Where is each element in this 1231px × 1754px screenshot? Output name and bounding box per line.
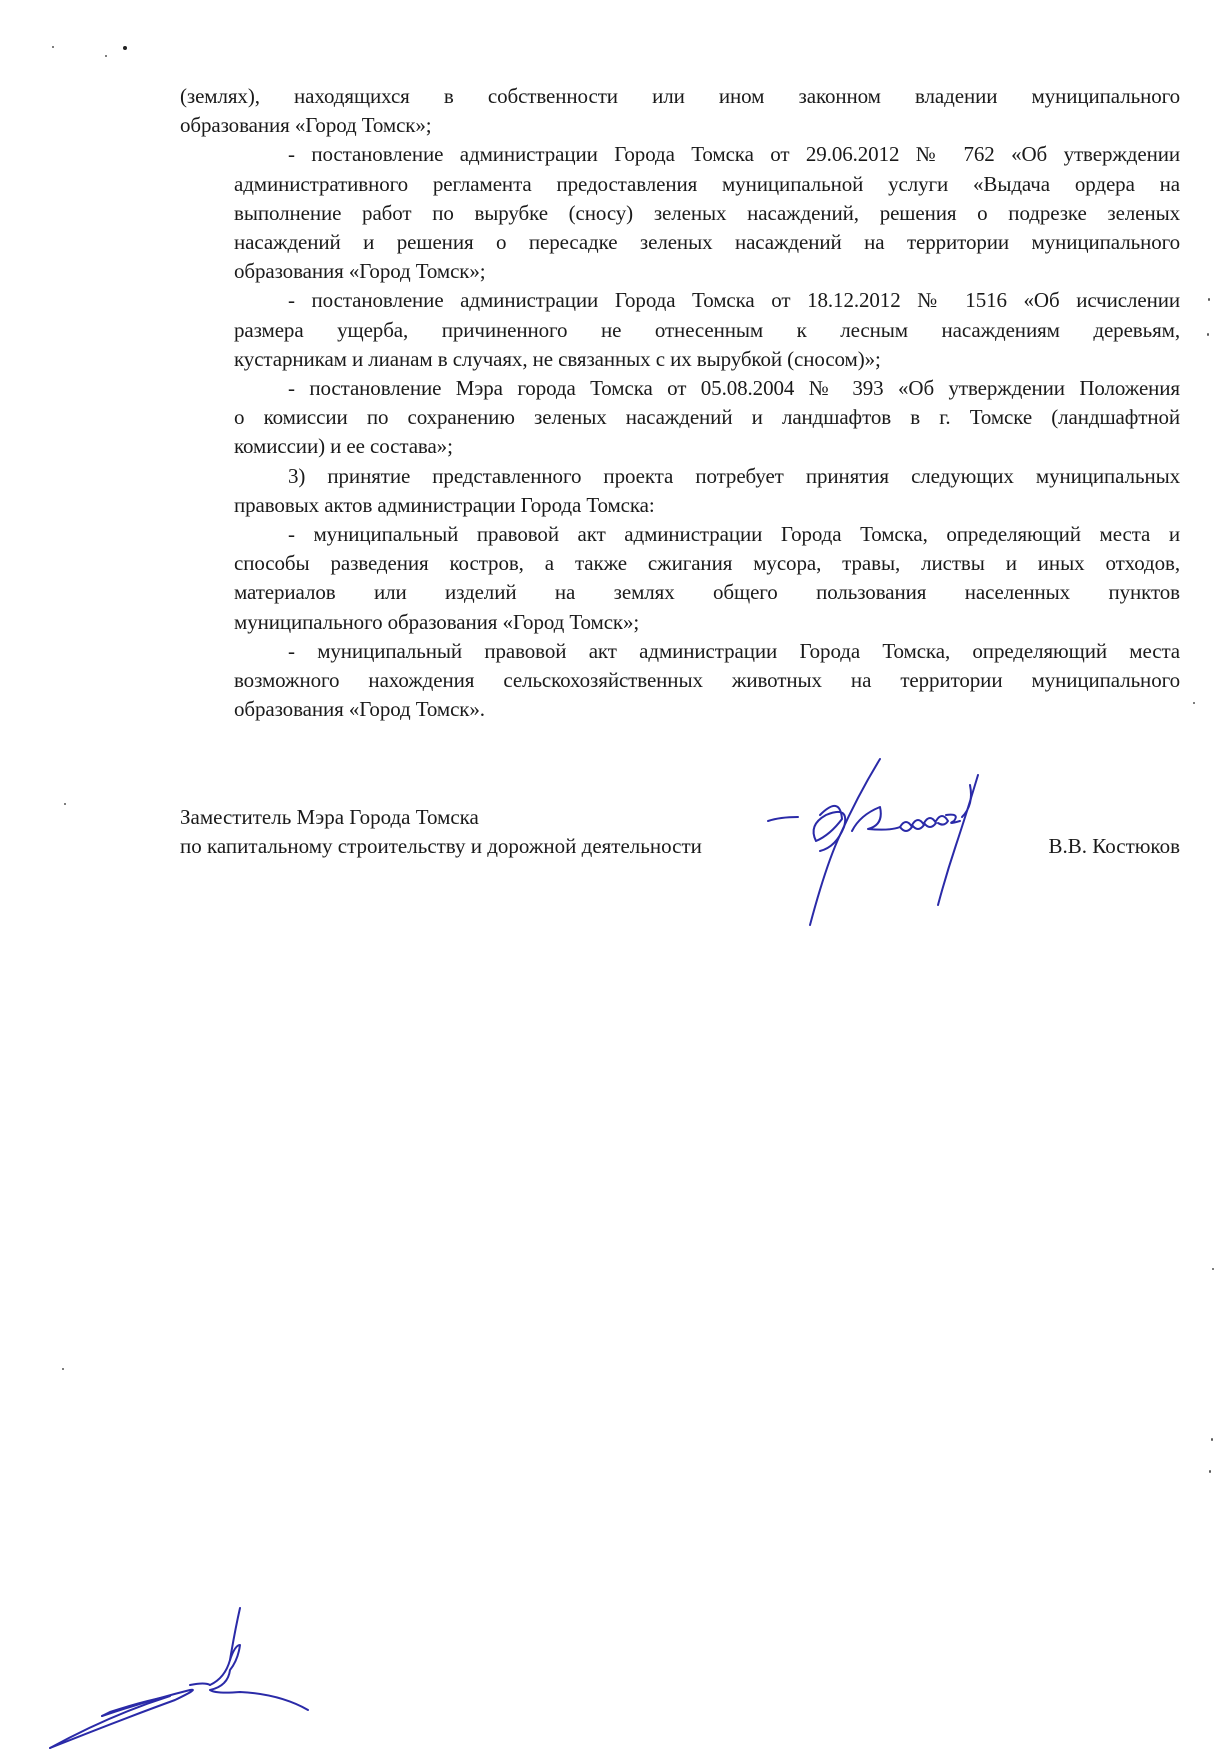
text-line: - постановление Мэра города Томска от 05… — [180, 374, 1180, 403]
scan-speck — [1212, 1268, 1214, 1270]
scan-speck — [1211, 1438, 1213, 1441]
text-line: способы разведения костров, а также сжиг… — [180, 549, 1180, 578]
scan-speck — [62, 1368, 64, 1370]
scan-speck — [1207, 333, 1209, 336]
text-line: образования «Город Томск»; — [180, 257, 1180, 286]
scan-speck — [1193, 702, 1195, 704]
document-page: (землях), находящихся в собственности ил… — [0, 0, 1231, 1754]
text-line: возможного нахождения сельскохозяйственн… — [180, 666, 1180, 695]
text-line: материалов или изделий на землях общего … — [180, 578, 1180, 607]
scan-speck — [64, 803, 66, 805]
text-line: - постановление администрации Города Том… — [180, 140, 1180, 169]
paragraph: - постановление администрации Города Том… — [180, 140, 1180, 286]
scan-speck — [52, 46, 54, 48]
text-line: насаждений и решения о пересадке зеленых… — [180, 228, 1180, 257]
text-line: правовых актов администрации Города Томс… — [180, 491, 1180, 520]
document-body: (землях), находящихся в собственности ил… — [180, 82, 1180, 724]
text-line: образования «Город Томск». — [180, 695, 1180, 724]
text-line: образования «Город Томск»; — [180, 111, 1180, 140]
signatory-title-line1: Заместитель Мэра Города Томска — [180, 803, 479, 832]
text-line: кустарникам и лианам в случаях, не связа… — [180, 345, 1180, 374]
paragraph: - постановление Мэра города Томска от 05… — [180, 374, 1180, 462]
text-line: о комиссии по сохранению зеленых насажде… — [180, 403, 1180, 432]
paragraph: - муниципальный правовой акт администрац… — [180, 520, 1180, 637]
initials-signature — [40, 1590, 320, 1750]
text-line: выполнение работ по вырубке (сносу) зеле… — [180, 199, 1180, 228]
text-line: 3) принятие представленного проекта потр… — [180, 462, 1180, 491]
text-line: - муниципальный правовой акт администрац… — [180, 637, 1180, 666]
paragraph: 3) принятие представленного проекта потр… — [180, 462, 1180, 520]
text-line: размера ущерба, причиненного не отнесенн… — [180, 316, 1180, 345]
paragraph: - постановление администрации Города Том… — [180, 286, 1180, 374]
signatory-title-line2: по капитальному строительству и дорожной… — [180, 832, 702, 861]
scan-speck — [105, 55, 107, 57]
scan-speck — [123, 46, 127, 50]
text-line: комиссии) и ее состава»; — [180, 432, 1180, 461]
handwritten-signature — [760, 755, 1020, 935]
signatory-name: В.В. Костюков — [1049, 832, 1181, 861]
scan-speck — [1208, 298, 1210, 301]
text-line: - муниципальный правовой акт администрац… — [180, 520, 1180, 549]
text-line: (землях), находящихся в собственности ил… — [180, 82, 1180, 111]
paragraph: (землях), находящихся в собственности ил… — [180, 82, 1180, 140]
text-line: муниципального образования «Город Томск»… — [180, 608, 1180, 637]
scan-speck — [1209, 1470, 1211, 1473]
paragraph: - муниципальный правовой акт администрац… — [180, 637, 1180, 725]
text-line: административного регламента предоставле… — [180, 170, 1180, 199]
text-line: - постановление администрации Города Том… — [180, 286, 1180, 315]
